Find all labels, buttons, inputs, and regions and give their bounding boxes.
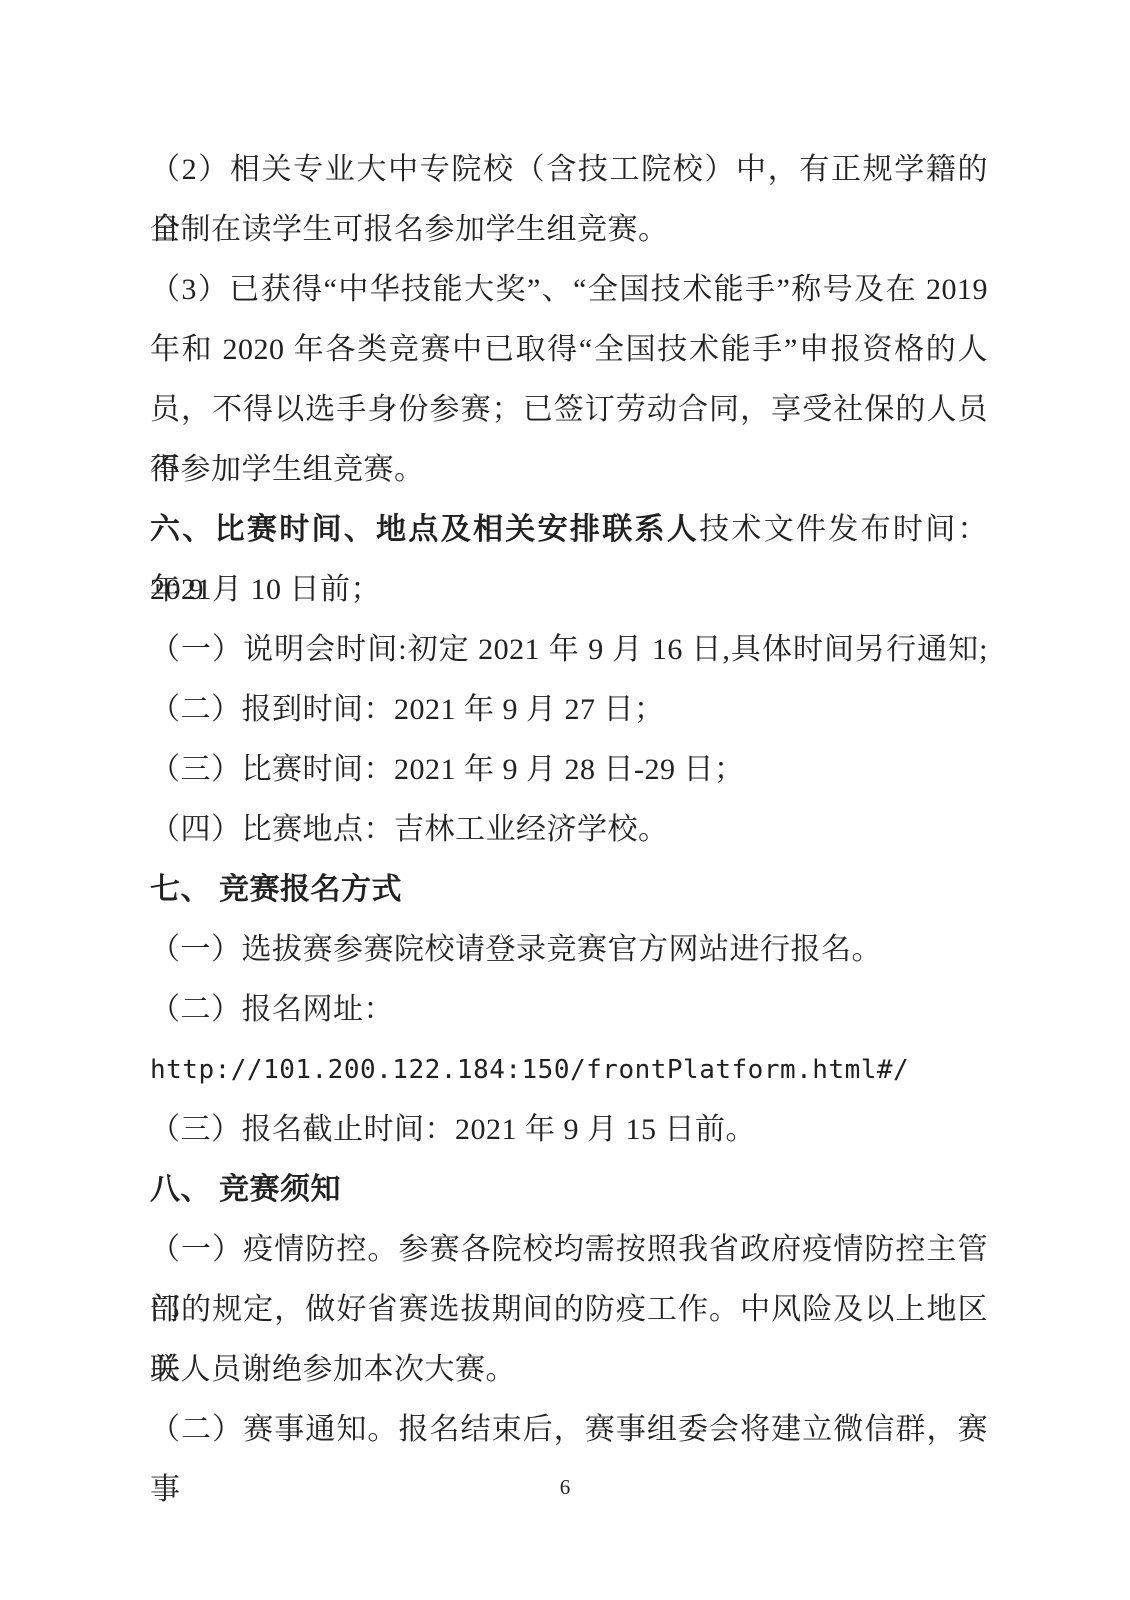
page-number: 6 — [0, 1472, 1130, 1502]
text-segment: （三）报名截止时间：2021 年 9 月 15 日前。 — [150, 1113, 756, 1146]
text-line: 年 9 月 10 日前； — [150, 560, 988, 620]
text-line: （二）赛事通知。报名结束后，赛事组委会将建立微信群，赛事 — [150, 1400, 988, 1460]
text-line: （一）疫情防控。参赛各院校均需按照我省政府疫情防控主管部 — [150, 1220, 988, 1280]
text-line: （一）选拔赛参赛院校请登录竞赛官方网站进行报名。 — [150, 920, 988, 980]
text-line: 六、比赛时间、地点及相关安排联系人技术文件发布时间：2021 — [150, 500, 988, 560]
bold-text-segment: 八、 竞赛须知 — [150, 1173, 341, 1206]
text-segment: http://101.200.122.184:150/frontPlatform… — [150, 1055, 909, 1085]
bold-text-segment: 七、 竞赛报名方式 — [150, 873, 402, 906]
text-line: （三）比赛时间：2021 年 9 月 28 日-29 日； — [150, 740, 988, 800]
text-line: 门的规定，做好省赛选拔期间的防疫工作。中风险及以上地区关 — [150, 1280, 988, 1340]
text-segment: （二）报名网址： — [150, 993, 394, 1026]
text-segment: 日制在读学生可报名参加学生组竞赛。 — [150, 213, 669, 246]
text-segment: （二）报到时间：2021 年 9 月 27 日； — [150, 693, 665, 726]
text-segment: 得参加学生组竞赛。 — [150, 453, 425, 486]
text-line: （四）比赛地点：吉林工业经济学校。 — [150, 800, 988, 860]
text-line: 日制在读学生可报名参加学生组竞赛。 — [150, 200, 988, 260]
text-line: （二）报名网址： — [150, 980, 988, 1040]
text-line: （一）说明会时间:初定 2021 年 9 月 16 日,具体时间另行通知; — [150, 620, 988, 680]
document-page: （2）相关专业大中专院校（含技工院校）中，有正规学籍的全日制在读学生可报名参加学… — [0, 0, 1130, 1600]
text-line: （3）已获得“中华技能大奖”、“全国技术能手”称号及在 2019 — [150, 260, 988, 320]
text-line: 联人员谢绝参加本次大赛。 — [150, 1340, 988, 1400]
text-segment: 联人员谢绝参加本次大赛。 — [150, 1353, 516, 1386]
text-segment: 年 9 月 10 日前； — [150, 573, 381, 606]
text-line: （2）相关专业大中专院校（含技工院校）中，有正规学籍的全 — [150, 140, 988, 200]
section-heading-line: 八、 竞赛须知 — [150, 1160, 988, 1220]
text-line: （二）报到时间：2021 年 9 月 27 日； — [150, 680, 988, 740]
text-line: 年和 2020 年各类竞赛中已取得“全国技术能手”申报资格的人 — [150, 320, 988, 380]
document-body: （2）相关专业大中专院校（含技工院校）中，有正规学籍的全日制在读学生可报名参加学… — [150, 140, 988, 1460]
text-line: （三）报名截止时间：2021 年 9 月 15 日前。 — [150, 1100, 988, 1160]
text-line: 得参加学生组竞赛。 — [150, 440, 988, 500]
text-line: 员，不得以选手身份参赛；已签订劳动合同，享受社保的人员不 — [150, 380, 988, 440]
text-segment: （一）说明会时间:初定 2021 年 9 月 16 日,具体时间另行通知; — [150, 633, 988, 666]
text-segment: 年和 2020 年各类竞赛中已取得“全国技术能手”申报资格的人 — [150, 333, 988, 366]
text-segment: （一）选拔赛参赛院校请登录竞赛官方网站进行报名。 — [150, 933, 882, 966]
text-segment: （3）已获得“中华技能大奖”、“全国技术能手”称号及在 2019 — [150, 273, 988, 306]
bold-text-segment: 六、比赛时间、地点及相关安排联系人 — [150, 513, 699, 546]
section-heading-line: 七、 竞赛报名方式 — [150, 860, 988, 920]
text-segment: （三）比赛时间：2021 年 9 月 28 日-29 日； — [150, 753, 745, 786]
text-segment: （四）比赛地点：吉林工业经济学校。 — [150, 813, 669, 846]
registration-url-line: http://101.200.122.184:150/frontPlatform… — [150, 1040, 988, 1100]
